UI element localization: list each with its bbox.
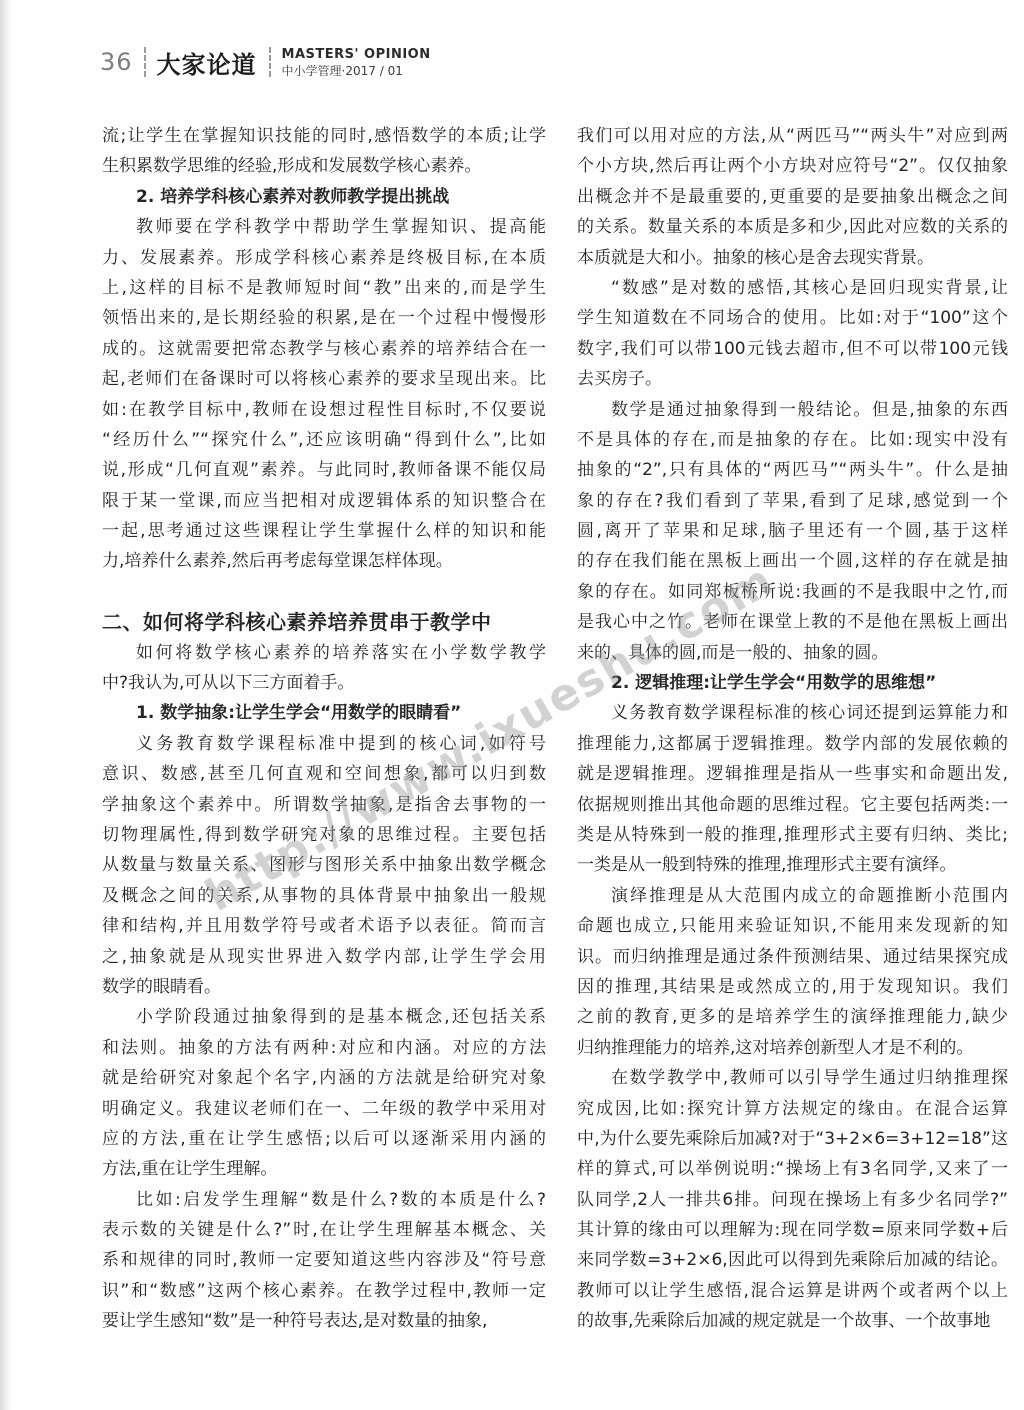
text-line: 抽象的“2”,只有具体的“两匹马”“两头牛”。什么是抽 <box>577 455 1008 485</box>
text-line: 领悟出来的,是长期经验的积累,是在一个过程中慢慢形 <box>102 303 546 333</box>
text-line: 一类是从一般到特殊的推理,推理形式主要有演绎。 <box>577 850 1008 880</box>
paragraph: 在数学教学中,教师可以引导学生通过归纳推理探究成因,比如:探究计算方法规定的缘由… <box>577 1063 1008 1337</box>
text-line: 2. 逻辑推理:让学生学会“用数学的思维想” <box>577 668 1008 698</box>
text-line: 明确定义。我建议老师们在一、二年级的教学中采用对 <box>102 1094 546 1124</box>
text-line: 小学阶段通过抽象得到的是基本概念,还包括关系 <box>102 1002 546 1032</box>
text-line: 切物理属性,得到数学研究对象的思维过程。主要包括 <box>102 820 546 850</box>
text-line: 学抽象这个素养中。所谓数学抽象,是指舍去事物的一 <box>102 790 546 820</box>
paragraph: 义务教育数学课程标准的核心词还提到运算能力和推理能力,这都属于逻辑推理。数学内部… <box>577 698 1008 880</box>
article-column-right: 我们可以用对应的方法,从“两匹马”“两头牛”对应到两个小方块,然后再让两个小方块… <box>577 121 1008 1337</box>
text-line: 从数量与数量关系、图形与图形关系中抽象出数学概念 <box>102 850 546 880</box>
text-line: “数感”是对数的感悟,其核心是回归现实背景,让 <box>577 273 1008 303</box>
text-line: 如何将数学核心素养的培养落实在小学数学教学 <box>102 638 546 668</box>
text-line: 识”和“数感”这两个核心素养。在教学过程中,教师一定 <box>102 1276 546 1306</box>
text-line: 应的方法,重在让学生感悟;以后可以逐渐采用内涵的 <box>102 1124 546 1154</box>
paragraph: 教师要在学科教学中帮助学生掌握知识、提高能力、发展素养。形成学科核心素养是终极目… <box>102 212 546 577</box>
column-title: 大家论道 <box>157 45 269 80</box>
text-line: 和法则。抽象的方法有两种:对应和内涵。对应的方法 <box>102 1033 546 1063</box>
scan-edge-shadow <box>0 0 12 1410</box>
text-line: 不是具体的存在,而是抽象的存在。比如:现实中没有 <box>577 425 1008 455</box>
text-line: 象的存在?我们看到了苹果,看到了足球,感觉到一个 <box>577 486 1008 516</box>
section-heading: 二、如何将学科核心素养培养贯串于教学中 <box>102 607 546 637</box>
paragraph: “数感”是对数的感悟,其核心是回归现实背景,让学生知道数在不同场合的使用。比如:… <box>577 273 1008 395</box>
text-line: 方法,重在让学生理解。 <box>102 1154 546 1184</box>
text-line: 成的。这就需要把常态教学与核心素养的培养结合在一 <box>102 334 546 364</box>
text-line: 出概念并不是最重要的,更重要的是要抽象出概念之间 <box>577 182 1008 212</box>
text-line: 依据规则推出其他命题的思维过程。它主要包括两类:一 <box>577 790 1008 820</box>
text-line: 推理能力,这都属于逻辑推理。数学内部的发展依赖的 <box>577 729 1008 759</box>
text-line: 上,这样的目标不是教师短时间“教”出来的,而是学生 <box>102 273 546 303</box>
text-line: 圆,离开了苹果和足球,脑子里还有一个圆,基于这样 <box>577 516 1008 546</box>
text-line: 命题也成立,只能用来验证知识,不能用来发现新的知 <box>577 911 1008 941</box>
text-line: 限于某一堂课,而应当把相对成逻辑体系的知识整合在 <box>102 486 546 516</box>
text-line: 的关系。数量关系的本质是多和少,因此对应数的关系的 <box>577 212 1008 242</box>
text-line: 教师要在学科教学中帮助学生掌握知识、提高能 <box>102 212 546 242</box>
text-line: 因的推理,其结果是或然成立的,用于发现知识。我们 <box>577 972 1008 1002</box>
text-line: 教师可以让学生感悟,混合运算是讲两个或者两个以上 <box>577 1276 1008 1306</box>
page-number: 36 <box>100 48 144 76</box>
text-line: 系和规律的同时,教师一定要知道这些内容涉及“符号意 <box>102 1245 546 1275</box>
text-line: 1. 数学抽象:让学生学会“用数学的眼睛看” <box>102 698 546 728</box>
text-line: 其计算的缘由可以理解为:现在同学数=原来同学数+后 <box>577 1215 1008 1245</box>
paragraph: 我们可以用对应的方法,从“两匹马”“两头牛”对应到两个小方块,然后再让两个小方块… <box>577 121 1008 273</box>
text-line: 及概念之间的关系,从事物的具体背景中抽象出一般规 <box>102 881 546 911</box>
text-line: 力、发展素养。形成学科核心素养是终极目标,在本质 <box>102 243 546 273</box>
text-line: 去买房子。 <box>577 364 1008 394</box>
text-line: 个小方块,然后再让两个小方块对应符号“2”。仅仅抽象 <box>577 151 1008 181</box>
text-line: 样的算式,可以举例说明:“操场上有3名同学,又来了一 <box>577 1154 1008 1184</box>
text-line: 的存在我们能在黑板上画出一个圆,这样的存在就是抽 <box>577 546 1008 576</box>
text-line: 数学的眼睛看。 <box>102 972 546 1002</box>
column-title-en: MASTERS' OPINION <box>282 47 431 63</box>
text-line: 一起,思考通过这些课程让学生掌握什么样的知识和能 <box>102 516 546 546</box>
text-line: 象的存在。如同郑板桥所说:我画的不是我眼中之竹,而 <box>577 577 1008 607</box>
paragraph: 如何将数学核心素养的培养落实在小学数学教学中?我认为,可从以下三方面着手。 <box>102 638 546 699</box>
text-line: 我们可以用对应的方法,从“两匹马”“两头牛”对应到两 <box>577 121 1008 151</box>
paragraph: 比如:启发学生理解“数是什么?数的本质是什么?表示数的关键是什么?”时,在让学生… <box>102 1185 546 1337</box>
text-line: 来的、具体的圆,而是一般的、抽象的圆。 <box>577 638 1008 668</box>
text-line: 中?我认为,可从以下三方面着手。 <box>102 668 546 698</box>
text-line: 起,老师们在备课时可以将核心素养的要求呈现出来。比 <box>102 364 546 394</box>
text-line: 义务教育数学课程标准中提到的核心词,如符号 <box>102 729 546 759</box>
journal-issue-info: 中小学管理·2017 / 01 <box>282 64 431 79</box>
text-line: 演绎推理是从大范围内成立的命题推断小范围内 <box>577 881 1008 911</box>
text-line: 力,培养什么素养,然后再考虑每堂课怎样体现。 <box>102 546 546 576</box>
text-line: 数字,我们可以带100元钱去超市,但不可以带100元钱 <box>577 334 1008 364</box>
text-line: 律和结构,并且用数学符号或者术语予以表征。简而言 <box>102 911 546 941</box>
text-line: 要让学生感知“数”是一种符号表达,是对数量的抽象, <box>102 1306 546 1336</box>
text-line: “经历什么”“探究什么”,还应该明确“得到什么”,比如 <box>102 425 546 455</box>
text-line: 究成因,比如:探究计算方法规定的缘由。在混合运算 <box>577 1094 1008 1124</box>
text-line: 生积累数学思维的经验,形成和发展数学核心素养。 <box>102 151 546 181</box>
text-line: 本质就是大和小。抽象的核心是舍去现实背景。 <box>577 243 1008 273</box>
text-line: 是我心中之竹。老师在课堂上教的不是他在黑板上画出 <box>577 607 1008 637</box>
text-line: 来同学数=3+2×6,因此可以得到先乘除后加减的结论。 <box>577 1245 1008 1275</box>
text-line: 中,为什么要先乘除后加减?对于“3+2×6=3+12=18”这 <box>577 1124 1008 1154</box>
text-line: 说,形成“几何直观”素养。与此同时,教师备课不能仅局 <box>102 455 546 485</box>
text-line: 类是从特殊到一般的推理,推理形式主要有归纳、类比; <box>577 820 1008 850</box>
text-line: 的故事,先乘除后加减的规定就是一个故事、一个故事地 <box>577 1306 1008 1336</box>
article-column-left: 流;让学生在掌握知识技能的同时,感悟数学的本质;让学生积累数学思维的经验,形成和… <box>102 121 546 1337</box>
text-line: 表示数的关键是什么?”时,在让学生理解基本概念、关 <box>102 1215 546 1245</box>
text-line: 流;让学生在掌握知识技能的同时,感悟数学的本质;让学 <box>102 121 546 151</box>
header-meta: MASTERS' OPINION 中小学管理·2017 / 01 <box>282 45 431 78</box>
text-line: 如:在教学目标中,教师在设想过程性目标时,不仅要说 <box>102 395 546 425</box>
text-line: 意识、数感,甚至几何直观和空间想象,都可以归到数 <box>102 759 546 789</box>
text-line: 数学是通过抽象得到一般结论。但是,抽象的东西 <box>577 395 1008 425</box>
text-line: 就是给研究对象起个名字,内涵的方法就是给研究对象 <box>102 1063 546 1093</box>
text-line: 就是逻辑推理。逻辑推理是指从一些事实和命题出发, <box>577 759 1008 789</box>
header-divider <box>144 47 146 77</box>
text-line: 队同学,2人一排共6排。问现在操场上有多少名同学?” <box>577 1185 1008 1215</box>
page-header: 36 大家论道 MASTERS' OPINION 中小学管理·2017 / 01 <box>100 42 431 82</box>
subheading: 2. 培养学科核心素养对教师教学提出挑战 <box>102 182 546 212</box>
text-line: 义务教育数学课程标准的核心词还提到运算能力和 <box>577 698 1008 728</box>
subheading: 1. 数学抽象:让学生学会“用数学的眼睛看” <box>102 698 546 728</box>
text-line: 之,抽象就是从现实世界进入数学内部,让学生学会用 <box>102 942 546 972</box>
text-line: 识。而归纳推理是通过条件预测结果、通过结果探究成 <box>577 942 1008 972</box>
text-line: 二、如何将学科核心素养培养贯串于教学中 <box>102 607 546 637</box>
paragraph: 义务教育数学课程标准中提到的核心词,如符号意识、数感,甚至几何直观和空间想象,都… <box>102 729 546 1003</box>
paragraph: 小学阶段通过抽象得到的是基本概念,还包括关系和法则。抽象的方法有两种:对应和内涵… <box>102 1002 546 1184</box>
scanned-journal-page: 36 大家论道 MASTERS' OPINION 中小学管理·2017 / 01… <box>0 0 1024 1410</box>
subheading: 2. 逻辑推理:让学生学会“用数学的思维想” <box>577 668 1008 698</box>
text-line: 2. 培养学科核心素养对教师教学提出挑战 <box>102 182 546 212</box>
paragraph: 演绎推理是从大范围内成立的命题推断小范围内命题也成立,只能用来验证知识,不能用来… <box>577 881 1008 1063</box>
text-line: 比如:启发学生理解“数是什么?数的本质是什么? <box>102 1185 546 1215</box>
text-line: 在数学教学中,教师可以引导学生通过归纳推理探 <box>577 1063 1008 1093</box>
text-line: 学生知道数在不同场合的使用。比如:对于“100”这个 <box>577 303 1008 333</box>
paragraph: 数学是通过抽象得到一般结论。但是,抽象的东西不是具体的存在,而是抽象的存在。比如… <box>577 395 1008 669</box>
paragraph: 流;让学生在掌握知识技能的同时,感悟数学的本质;让学生积累数学思维的经验,形成和… <box>102 121 546 182</box>
text-line: 之前的教育,更多的是培养学生的演绎推理能力,缺少 <box>577 1002 1008 1032</box>
text-line: 归纳推理能力的培养,这对培养创新型人才是不利的。 <box>577 1033 1008 1063</box>
header-divider <box>269 47 271 77</box>
